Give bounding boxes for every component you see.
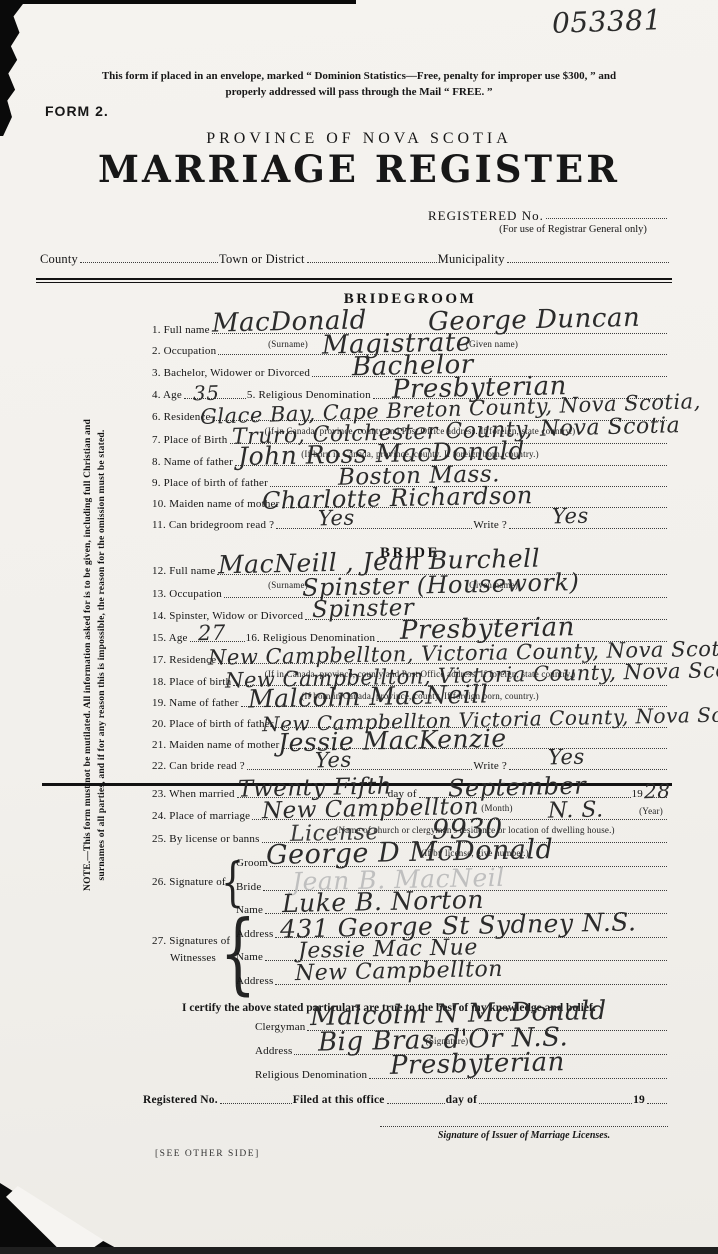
county-blank [80,262,218,263]
br-father-birthplace-label: 20. Place of birth of father [152,718,274,731]
br-write-blank [509,769,667,770]
hw-br-mother: Jessie MacKenzie [278,726,507,756]
when-married-label: 23. When married [152,788,235,801]
hw-bg-age: 35 [193,383,220,404]
town-label: Town or District [219,253,305,266]
hw-br-father: Malcolm MacNeill [248,681,489,711]
bg-can-read-label: 11. Can bridegroom read ? [152,519,274,532]
handwritten-serial-number: 053381 [552,6,663,38]
bg-write-blank [509,528,667,529]
scan-edge-top-bar [0,0,356,4]
hw-bg-can-write: Yes [552,506,589,528]
signature-of-label: 26. Signature of [152,876,226,889]
license-label: 25. By license or banns [152,833,260,846]
town-blank [307,262,437,263]
bg-occupation-label: 2. Occupation [152,345,216,358]
br-write-label: Write ? [473,760,507,773]
hw-witness2-address: New Campbellton [295,959,503,985]
bg-father-birthplace-label: 9. Place of birth of father [152,477,268,490]
office-year-blank [647,1103,667,1104]
hw-denomination: Presbyterian [390,1049,565,1079]
clergyman-address-label: Address [255,1045,292,1058]
br-birthplace-label: 18. Place of birth [152,676,231,689]
registered-no-blank [546,218,667,219]
municipality-label: Municipality [438,253,505,266]
bg-father-label: 8. Name of father [152,456,233,469]
form-number-label: FORM 2. [45,103,109,119]
hw-bg-can-read: Yes [318,508,355,530]
bg-mother-label: 10. Maiden name of mother [152,498,280,511]
municipality-blank [507,262,669,263]
registered-no-label: REGISTERED No. [428,209,544,222]
br-status-label: 14. Spinster, Widow or Divorced [152,610,303,623]
br-residence-label: 17. Residence [152,654,216,667]
br-father-label: 19. Name of father [152,697,239,710]
groom-label: Groom [236,857,268,870]
office-day-blank [479,1103,632,1104]
bg-can-read-blank [276,528,472,529]
county-row: County Town or District Municipality [40,250,670,266]
witnesses-label-line1: 27. Signatures of [152,935,230,948]
marriage-register-scan: 053381 This form if placed in an envelop… [0,0,718,1254]
witness2-address-label: Address [236,975,273,988]
registered-no-row: REGISTERED No. [428,206,668,222]
row-office-filing: Registered No. Filed at this office day … [143,1091,668,1107]
clergyman-label: Clergyman [255,1021,305,1034]
issuer-signature-label: Signature of Issuer of Marriage Licenses… [380,1130,668,1141]
bg-status-label: 3. Bachelor, Widower or Divorced [152,367,310,380]
office-registered-no-label: Registered No. [143,1094,218,1107]
mail-notice-line2: properly addressed will pass through the… [0,86,718,98]
hw-marriage-year: 28 [644,781,671,802]
scan-edge-bottom-strip [0,1247,718,1254]
row-br-read-write: 22. Can bride read ? Write ? [152,757,668,773]
witnesses-label-line2: Witnesses [170,952,216,965]
br-can-read-blank [247,769,472,770]
office-registered-no-blank [220,1103,292,1104]
hw-br-age: 27 [198,623,226,645]
see-other-side-label: [SEE OTHER SIDE] [155,1149,260,1159]
margin-note: NOTE.—This form must not be mutilated. A… [82,300,110,1010]
place-of-marriage-label: 24. Place of marriage [152,810,250,823]
hw-marriage-place-province: N. S. [548,799,604,822]
bg-birthplace-label: 7. Place of Birth [152,434,228,447]
office-year-prefix: 19 [633,1094,645,1107]
county-label: County [40,253,78,266]
bg-write-label: Write ? [473,519,507,532]
denomination-label: Religious Denomination [255,1069,367,1082]
mail-notice-line1: This form if placed in an envelope, mark… [0,70,718,82]
hw-br-can-read: Yes [315,750,352,772]
margin-note-line2: surnames of all parties, and if for any … [96,300,110,1010]
bg-full-name-label: 1. Full name [152,324,210,337]
margin-note-line1: NOTE.—This form must not be mutilated. A… [82,300,96,1010]
witness2-name-label: Name [236,951,263,964]
br-age-label: 15. Age [152,632,188,645]
bride-label: Bride [236,881,261,894]
registrar-note: (For use of Registrar General only) [468,224,678,235]
office-filed-label: Filed at this office [293,1094,385,1107]
br-can-read-label: 22. Can bride read ? [152,760,245,773]
page-title: MARRIAGE REGISTER [0,147,718,191]
year-prefix: 19 [632,788,643,801]
br-mother-label: 21. Maiden name of mother [152,739,280,752]
br-occupation-label: 13. Occupation [152,588,222,601]
office-filed-blank [387,1103,445,1104]
header-divider-thin [36,282,672,283]
hw-br-can-write: Yes [548,747,585,769]
bg-age-label: 4. Age [152,389,182,402]
hw-bg-mother: Charlotte Richardson [262,483,533,513]
witness1-name-label: Name [236,904,263,917]
header-divider-thick [36,278,672,280]
row-bg-read-write: 11. Can bridegroom read ? Write ? [152,516,668,532]
br-full-name-label: 12. Full name [152,565,215,578]
scan-torn-corner-top-left [0,0,26,136]
office-day-of-label: day of [446,1094,478,1107]
issuer-signature-blank [380,1112,668,1127]
witness1-address-label: Address [236,928,273,941]
province-title: PROVINCE OF NOVA SCOTIA [0,130,718,148]
